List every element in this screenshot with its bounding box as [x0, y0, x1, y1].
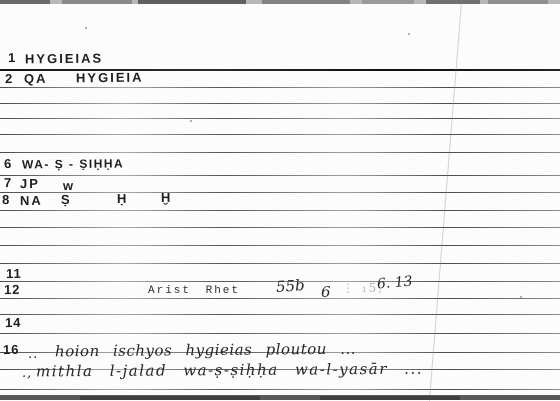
- scan-speck: [190, 120, 192, 122]
- letter-mark: Ḫ: [161, 190, 173, 205]
- ruled-line: [0, 314, 560, 315]
- citation-extra: 6. 13: [376, 273, 413, 292]
- index-card: 1 HYGIEIAS 2 QA HYGIEIA 6 WA- Ṣ - ṢIḤḤA …: [0, 0, 560, 401]
- abbreviation: QA: [24, 71, 48, 86]
- letter-mark: Ṣ: [61, 192, 72, 207]
- ruled-line: [0, 134, 560, 135]
- greek-quote-text: hoion ischyos hygieias ploutou ...: [55, 340, 356, 361]
- entry-number: 11: [6, 266, 22, 281]
- source-reference: Arist Rhet: [148, 285, 240, 297]
- abbreviation: JP: [20, 176, 40, 191]
- ellipsis-mark: .,: [22, 366, 32, 381]
- entry-number: 6: [4, 156, 12, 171]
- scan-edge-segment: [80, 396, 260, 400]
- ruled-line: [0, 263, 560, 264]
- ruled-line: [0, 333, 560, 334]
- scan-edge-segment: [488, 0, 548, 4]
- scan-crease-line: [428, 0, 462, 401]
- scan-speck: [408, 33, 410, 35]
- entry-number: 2: [5, 71, 13, 86]
- entry-number: 8: [2, 192, 10, 207]
- ruled-line: [0, 118, 560, 119]
- abbreviation: NA: [20, 193, 43, 208]
- entry-number: 16: [3, 342, 20, 357]
- citation-page: 55b: [275, 276, 305, 296]
- transliteration-text: WA- Ṣ - ṢIḤḤA: [22, 156, 124, 171]
- scan-edge-segment: [320, 396, 460, 400]
- ruled-line: [0, 389, 560, 390]
- scan-edge-segment: [62, 0, 132, 4]
- letter-mark: Ḥ: [117, 191, 129, 206]
- arabic-quote-text: mithla l-jalad wa-ṣ-ṣiḥḥa wa-l-yasār ...: [36, 360, 423, 381]
- scan-edge-segment: [362, 0, 414, 4]
- entry-number: 12: [4, 282, 21, 297]
- ruled-line: [0, 298, 560, 299]
- entry-number: 1: [8, 50, 16, 65]
- ellipsis-mark: ..: [28, 347, 38, 362]
- ruled-line: [0, 152, 560, 153]
- ruled-line: [0, 87, 560, 88]
- ruled-line: [0, 227, 560, 228]
- scan-speck: [520, 296, 522, 298]
- ruled-line: [0, 210, 560, 211]
- ruled-line: [0, 103, 560, 104]
- scan-edge-segment: [138, 0, 246, 4]
- scan-edge-segment: [0, 0, 50, 4]
- scan-edge-segment: [262, 0, 350, 4]
- entry-number: 14: [5, 315, 22, 330]
- scan-speck: [85, 27, 87, 29]
- citation-line: 6: [321, 283, 331, 301]
- ruled-line: [0, 175, 560, 176]
- letter-mark: w: [63, 178, 75, 193]
- entry-number: 7: [4, 175, 12, 190]
- headword-text: HYGIEIAS: [25, 51, 103, 67]
- headword-text: HYGIEIA: [76, 70, 144, 86]
- scan-top-edge: [0, 0, 560, 4]
- scan-edge-segment: [426, 0, 480, 4]
- ruled-line: [0, 245, 560, 246]
- ruled-line: [0, 192, 560, 193]
